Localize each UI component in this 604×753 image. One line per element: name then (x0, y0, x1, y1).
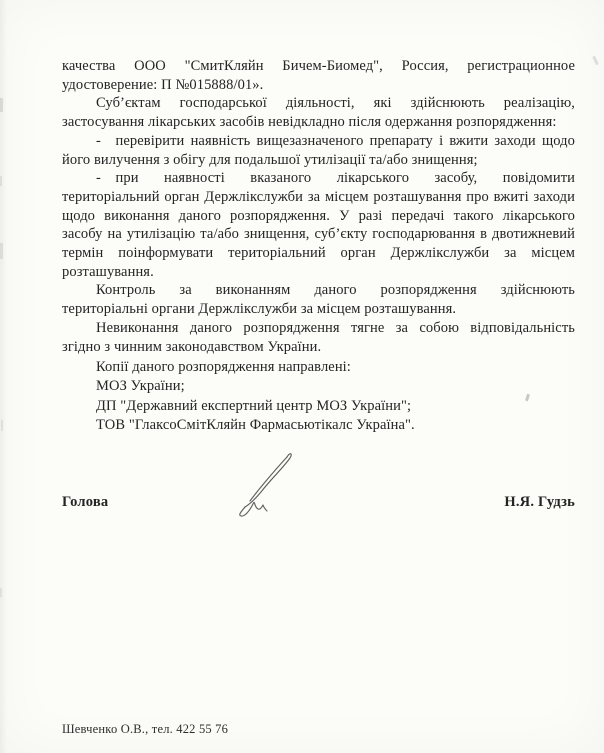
body-paragraphs: качества ООО "СмитКляйн Бичем-Биомед", Р… (62, 57, 575, 356)
text-line: термін поінформувати територіальний орга… (62, 244, 575, 263)
text-line: - при наявності вказаного лікарського за… (62, 169, 575, 188)
copies-lines: Копії даного розпорядження направлені:МО… (62, 358, 575, 435)
text-line: територіальний орган Держлікслужби за мі… (62, 188, 575, 207)
scan-speck (1, 420, 3, 431)
scanned-document-page: качества ООО "СмитКляйн Бичем-Биомед", Р… (0, 0, 604, 753)
scan-speck (0, 243, 3, 259)
text-line: застосування лікарських засобів невідкла… (62, 113, 575, 132)
scan-speck (0, 588, 2, 597)
text-line: територіальні органи Держлікслужби за мі… (62, 300, 575, 319)
text-line: його вилучення з обігу для подальшої ути… (62, 151, 575, 170)
text-line: МОЗ України; (62, 377, 575, 396)
signer-name: Н.Я. Гудзь (504, 494, 575, 511)
signer-role: Голова (62, 494, 108, 511)
text-line: засобу на утилізацію та/або знищення, су… (62, 225, 575, 244)
text-line: ДП "Державний експертний центр МОЗ Украї… (62, 397, 575, 416)
text-line: Суб’єктам господарської діяльності, які … (62, 94, 575, 113)
text-line: ТОВ "ГлаксоСмітКляйн Фармасьютікалс Укра… (62, 416, 575, 435)
text-line: розташування. (62, 263, 575, 282)
signature-row: Голова Н.Я. Гудзь (62, 494, 575, 511)
text-line: Невиконання даного розпорядження тягне з… (62, 319, 575, 338)
text-line: - перевірити наявність вищезазначеного п… (62, 132, 575, 151)
text-line: Копії даного розпорядження направлені: (62, 358, 575, 377)
text-line: качества ООО "СмитКляйн Бичем-Биомед", Р… (62, 57, 575, 76)
text-line: згідно з чинним законодавством України. (62, 338, 575, 357)
copies-list: Копії даного розпорядження направлені:МО… (62, 358, 575, 435)
scan-speck (0, 176, 2, 186)
scan-speck (592, 56, 599, 65)
contact-footnote: Шевченко О.В., тел. 422 55 76 (62, 722, 228, 737)
document-body: качества ООО "СмитКляйн Бичем-Биомед", Р… (62, 57, 575, 356)
text-line: Контроль за виконанням даного розпорядже… (62, 281, 575, 300)
text-line: удостоверение: П №015888/01». (62, 76, 575, 95)
scan-speck (0, 98, 3, 112)
text-line: щодо виконання даного розпорядження. У р… (62, 207, 575, 226)
